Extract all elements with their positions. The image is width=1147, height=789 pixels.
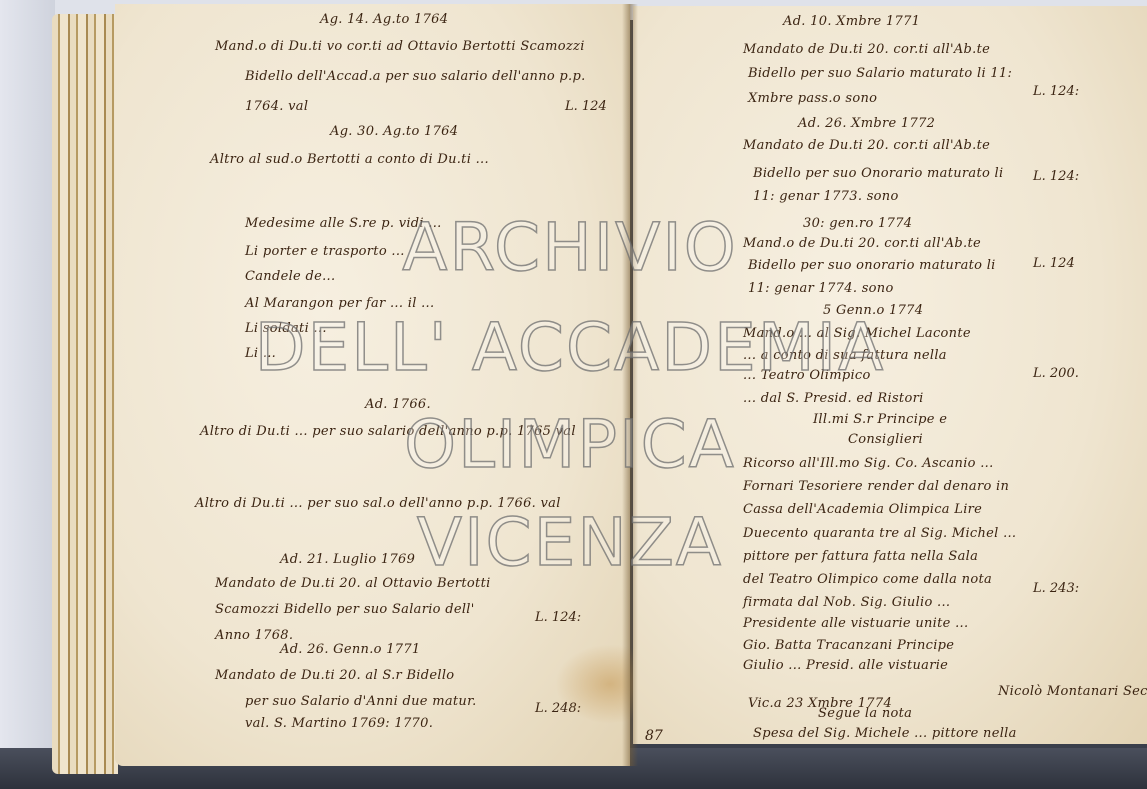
entry-line: 11: genar 1773. sono (753, 189, 899, 204)
amount: L. 124: (1033, 169, 1079, 184)
entry-line: 11: genar 1774. sono (748, 281, 894, 296)
entry-line: Spesa del Sig. Michele ... pittore nella (753, 726, 1017, 741)
entry-line: val. S. Martino 1769: 1770. (245, 716, 433, 731)
entry-line: 1764. val (245, 99, 308, 114)
page-number: 87 (645, 728, 663, 744)
background-left (0, 0, 55, 789)
amount: L. 243: (1033, 581, 1079, 596)
entry-line: Bidello per suo Onorario maturato li (753, 166, 1003, 181)
amount: L. 200. (1033, 366, 1079, 381)
watermark-line: ARCHIVIO (240, 215, 900, 281)
entry-line: Mand.o di Du.ti vo cor.ti ad Ottavio Ber… (215, 39, 585, 54)
date-header: Ad. 26. Genn.o 1771 (280, 642, 420, 657)
entry-line: Mandato de Du.ti 20. cor.ti all'Ab.te (743, 138, 990, 153)
signature: Nicolò Montanari Secr.o (998, 684, 1147, 699)
entry-line: Fornari Tesoriere render dal denaro in (743, 479, 1009, 494)
entry-line: Mandato de Du.ti 20. cor.ti all'Ab.te (743, 42, 990, 57)
entry-line: Altro al sud.o Bertotti a conto di Du.ti… (210, 152, 489, 167)
date-header: Ag. 30. Ag.to 1764 (330, 124, 458, 139)
date-header: Ad. 26. Xmbre 1772 (798, 116, 935, 131)
entry-line: firmata dal Nob. Sig. Giulio ... (743, 595, 950, 610)
entry-line: ... dal S. Presid. ed Ristori (743, 391, 924, 406)
entry-line: Xmbre pass.o sono (748, 91, 877, 106)
amount: L. 124 (1033, 256, 1075, 271)
entry-line: Mandato de Du.ti 20. al S.r Bidello (215, 668, 454, 683)
watermark-line: DELL' ACCADEMIA (240, 315, 900, 381)
date-header: Ag. 14. Ag.to 1764 (320, 12, 448, 27)
amount: L. 124: (535, 610, 581, 625)
book-page-edges (52, 14, 118, 774)
amount: L. 124: (1033, 84, 1079, 99)
entry-line: per suo Salario d'Anni due matur. (245, 694, 477, 709)
watermark-line: VICENZA (240, 510, 900, 576)
heading: Segue la nota (818, 706, 912, 721)
entry-line: Presidente alle vistuarie unite ... (743, 616, 968, 631)
watermark-line: OLIMPICA (240, 412, 900, 478)
date-header: Ad. 10. Xmbre 1771 (783, 14, 920, 29)
signature: Gio. Batta Tracanzani Principe (743, 638, 954, 653)
entry-line: Anno 1768. (215, 628, 293, 643)
signature: Giulio ... Presid. alle vistuarie (743, 658, 948, 673)
amount: L. 124 (565, 99, 607, 114)
entry-line: Scamozzi Bidello per suo Salario dell' (215, 602, 475, 617)
entry-line: Bidello dell'Accad.a per suo salario del… (245, 69, 586, 84)
entry-line: Bidello per suo Salario maturato li 11: (748, 66, 1012, 81)
